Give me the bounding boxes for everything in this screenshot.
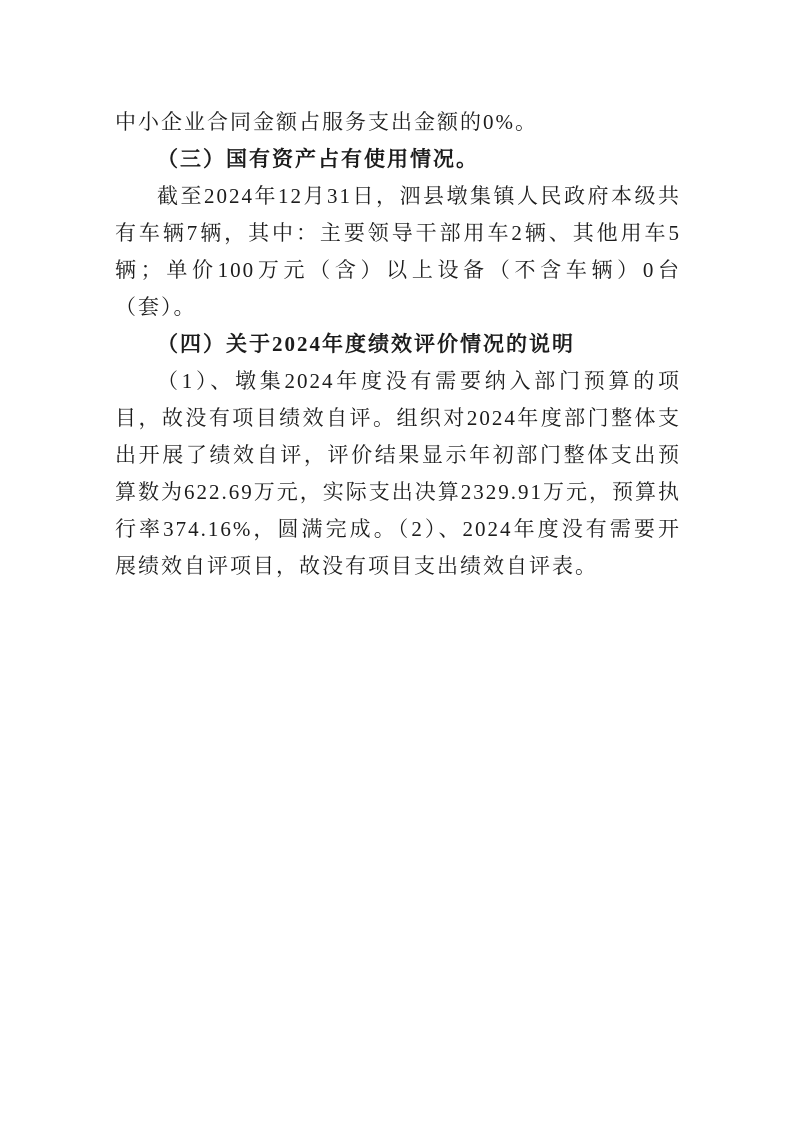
section-heading-state-assets: （三）国有资产占有使用情况。 (115, 141, 681, 178)
paragraph-sme-contract-share: 中小企业合同金额占服务支出金额的0%。 (115, 104, 681, 141)
document-body: 中小企业合同金额占服务支出金额的0%。 （三）国有资产占有使用情况。 截至202… (115, 104, 681, 585)
paragraph-state-assets-detail: 截至2024年12月31日，泗县墩集镇人民政府本级共有车辆7辆，其中：主要领导干… (115, 178, 681, 326)
section-heading-performance-evaluation: （四）关于2024年度绩效评价情况的说明 (115, 326, 681, 363)
paragraph-performance-evaluation-detail: （1）、墩集2024年度没有需要纳入部门预算的项目，故没有项目绩效自评。组织对2… (115, 363, 681, 585)
document-page: 中小企业合同金额占服务支出金额的0%。 （三）国有资产占有使用情况。 截至202… (0, 0, 793, 1122)
